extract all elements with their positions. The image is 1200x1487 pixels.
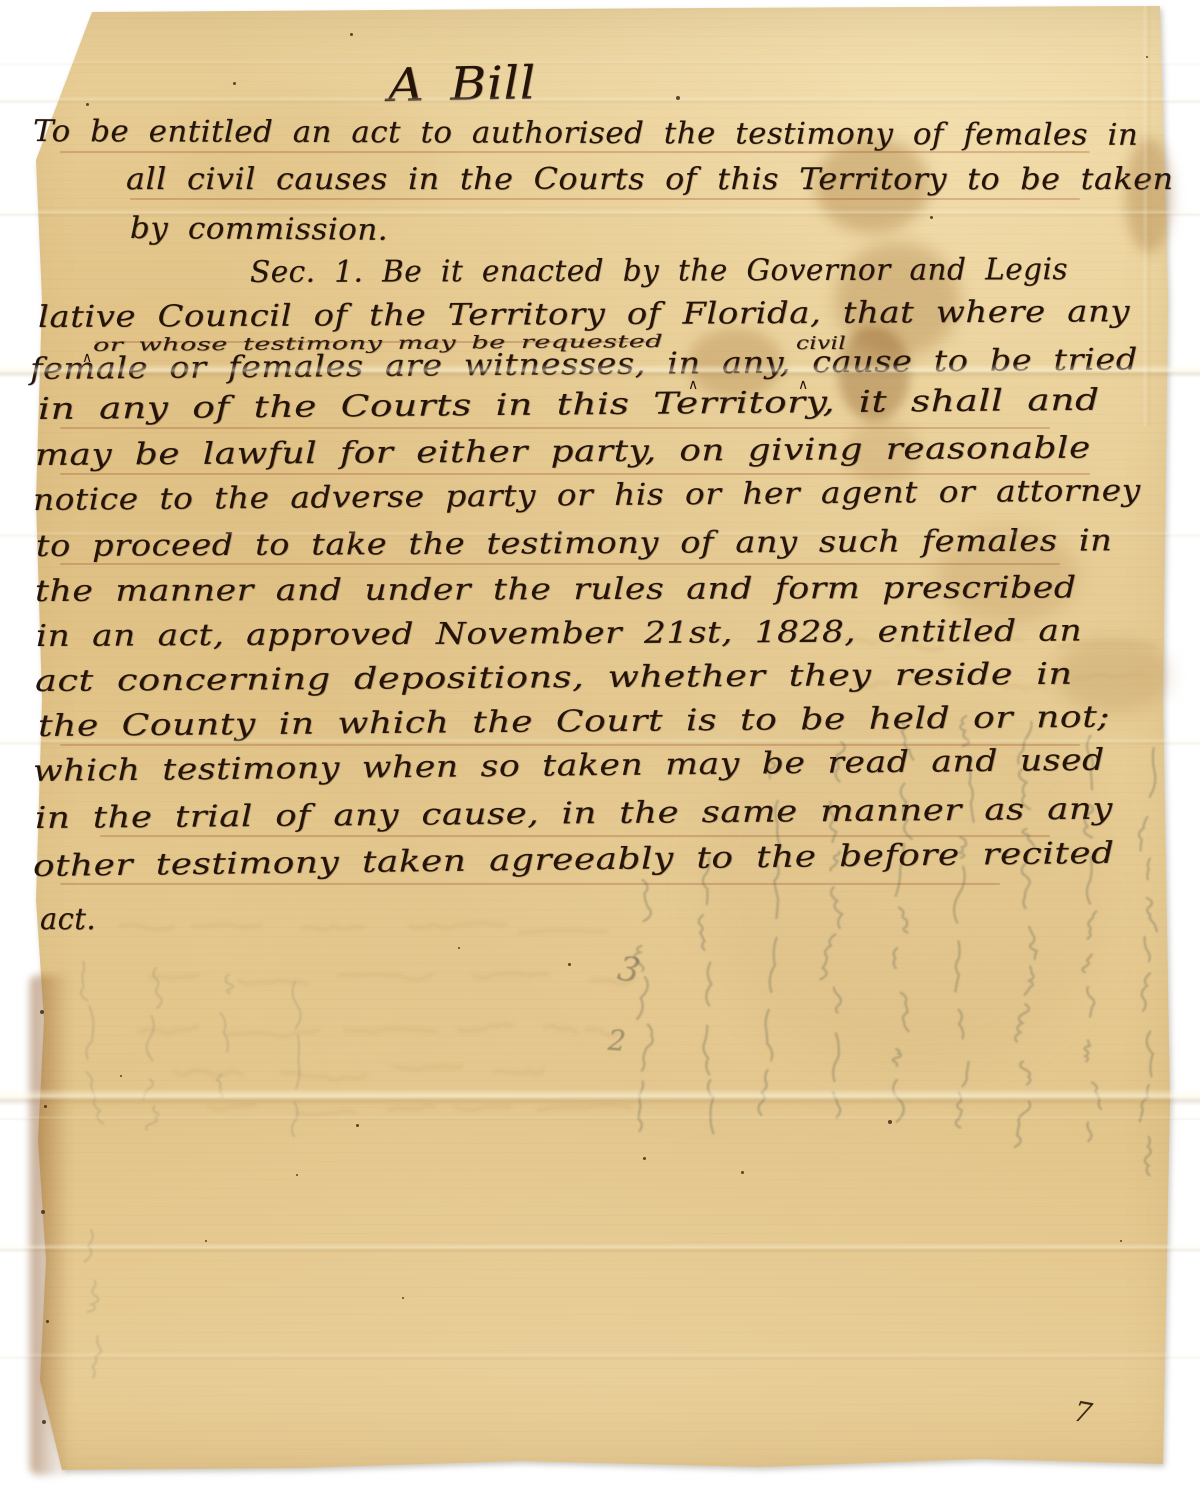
manuscript-page-wrap bbox=[0, 0, 1200, 1487]
aged-paper-sheet bbox=[0, 0, 1200, 1487]
